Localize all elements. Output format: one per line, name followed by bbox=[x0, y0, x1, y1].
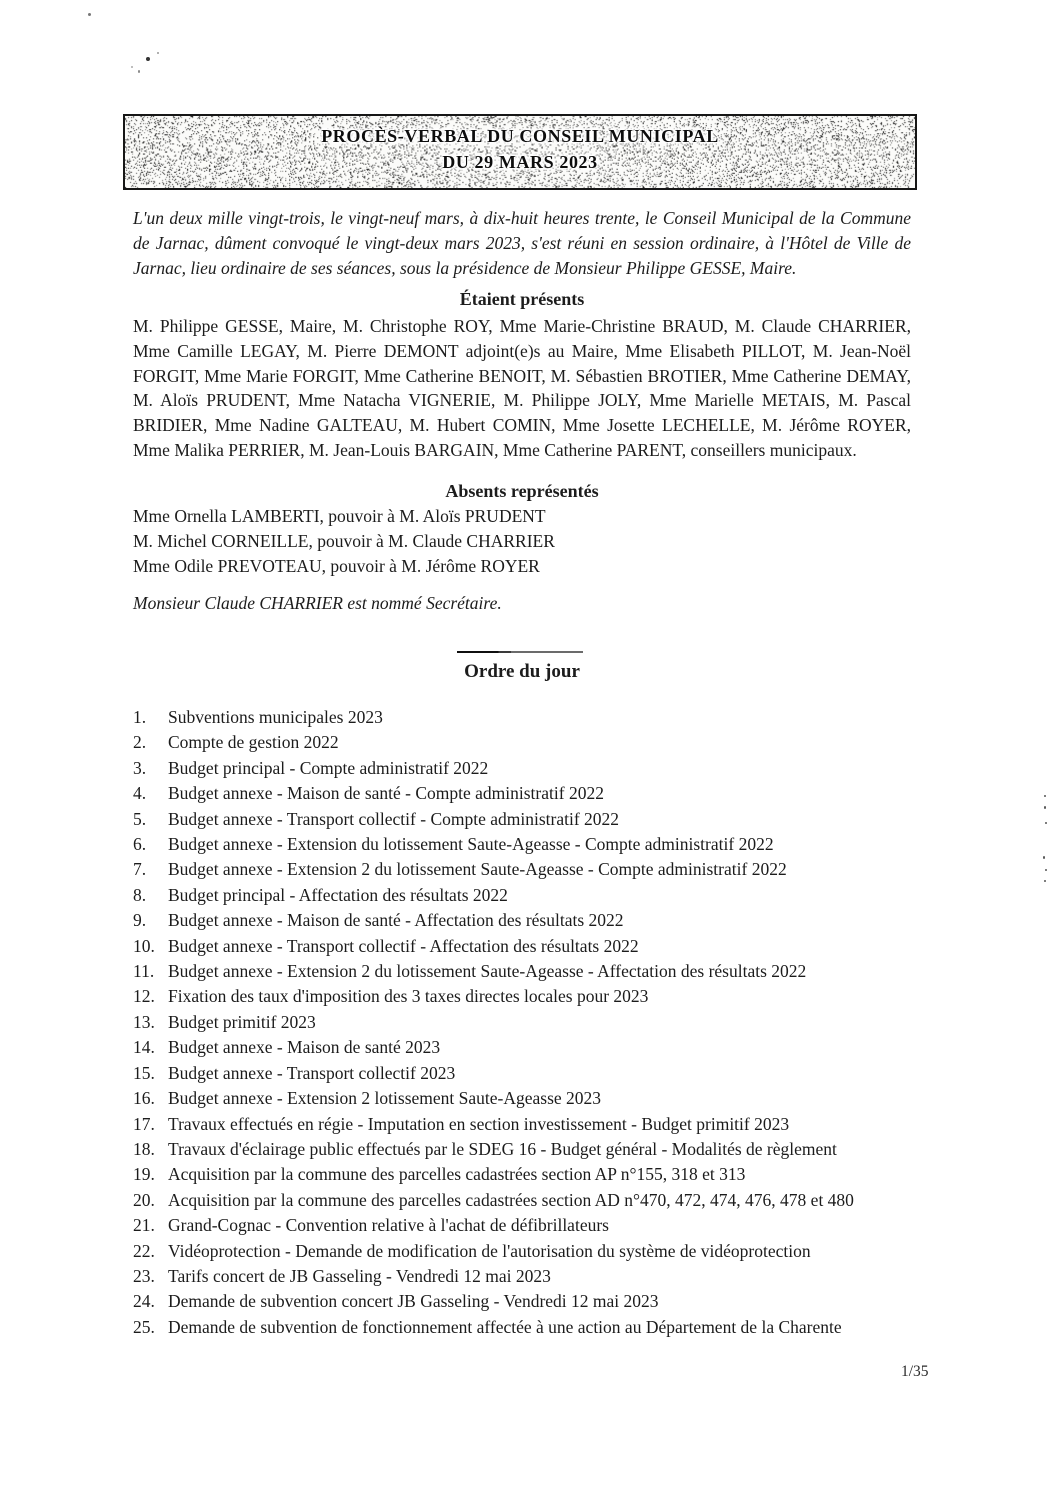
agenda-item: 6. Budget annexe - Extension du lotissem… bbox=[133, 832, 915, 857]
scan-speckle bbox=[157, 52, 159, 54]
agenda-item-number: 25. bbox=[133, 1315, 168, 1340]
agenda-item: 14. Budget annexe - Maison de santé 2023 bbox=[133, 1035, 915, 1060]
agenda-item-text: Grand-Cognac - Convention relative à l'a… bbox=[168, 1213, 915, 1238]
agenda-item-text: Travaux effectués en régie - Imputation … bbox=[168, 1112, 915, 1137]
secretary-line: Monsieur Claude CHARRIER est nommé Secré… bbox=[133, 593, 911, 614]
agenda-item: 10. Budget annexe - Transport collectif … bbox=[133, 934, 915, 959]
scan-speckle bbox=[1044, 880, 1046, 882]
scanned-document-page: PROCÈS-VERBAL DU CONSEIL MUNICIPAL DU 29… bbox=[0, 0, 1058, 1497]
agenda-item: 20. Acquisition par la commune des parce… bbox=[133, 1188, 915, 1213]
agenda-item-number: 3. bbox=[133, 756, 168, 781]
agenda-item: 13. Budget primitif 2023 bbox=[133, 1010, 915, 1035]
agenda-item-number: 18. bbox=[133, 1137, 168, 1162]
agenda-item-text: Budget annexe - Extension 2 du lotisseme… bbox=[168, 959, 915, 984]
absent-line: M. Michel CORNEILLE, pouvoir à M. Claude… bbox=[133, 529, 911, 554]
agenda-item: 17. Travaux effectués en régie - Imputat… bbox=[133, 1112, 915, 1137]
agenda-item-number: 6. bbox=[133, 832, 168, 857]
scan-speckle bbox=[1045, 822, 1047, 824]
agenda-item-number: 22. bbox=[133, 1239, 168, 1264]
scan-speckle bbox=[138, 70, 140, 73]
session-intro-paragraph: L'un deux mille vingt-trois, le vingt-ne… bbox=[133, 206, 911, 281]
agenda-item: 8. Budget principal - Affectation des ré… bbox=[133, 883, 915, 908]
agenda-item-text: Tarifs concert de JB Gasseling - Vendred… bbox=[168, 1264, 915, 1289]
agenda-item-number: 19. bbox=[133, 1162, 168, 1187]
document-title-banner: PROCÈS-VERBAL DU CONSEIL MUNICIPAL DU 29… bbox=[123, 114, 917, 190]
present-members-paragraph: M. Philippe GESSE, Maire, M. Christophe … bbox=[133, 314, 911, 463]
agenda-item: 9. Budget annexe - Maison de santé - Aff… bbox=[133, 908, 915, 933]
agenda-item-text: Budget annexe - Extension 2 lotissement … bbox=[168, 1086, 915, 1111]
agenda-item: 1. Subventions municipales 2023 bbox=[133, 705, 915, 730]
agenda-item: 7. Budget annexe - Extension 2 du lotiss… bbox=[133, 857, 915, 882]
agenda-item: 21. Grand-Cognac - Convention relative à… bbox=[133, 1213, 915, 1238]
absents-list: Mme Ornella LAMBERTI, pouvoir à M. Aloïs… bbox=[133, 504, 911, 580]
agenda-item-number: 2. bbox=[133, 730, 168, 755]
agenda-item-number: 10. bbox=[133, 934, 168, 959]
agenda-item-text: Budget annexe - Maison de santé - Affect… bbox=[168, 908, 915, 933]
scan-speckle bbox=[1045, 869, 1047, 871]
agenda-item: 16. Budget annexe - Extension 2 lotissem… bbox=[133, 1086, 915, 1111]
agenda-item-text: Demande de subvention de fonctionnement … bbox=[168, 1315, 915, 1340]
agenda-item-text: Budget annexe - Transport collectif 2023 bbox=[168, 1061, 915, 1086]
agenda-item: 2. Compte de gestion 2022 bbox=[133, 730, 915, 755]
agenda-list: 1. Subventions municipales 2023 2. Compt… bbox=[133, 705, 915, 1340]
agenda-item-number: 9. bbox=[133, 908, 168, 933]
document-title: PROCÈS-VERBAL DU CONSEIL MUNICIPAL DU 29… bbox=[125, 123, 915, 175]
agenda-item: 23. Tarifs concert de JB Gasseling - Ven… bbox=[133, 1264, 915, 1289]
agenda-item-number: 14. bbox=[133, 1035, 168, 1060]
scan-speckle bbox=[146, 57, 150, 61]
agenda-item: 24. Demande de subvention concert JB Gas… bbox=[133, 1289, 915, 1314]
document-title-line1: PROCÈS-VERBAL DU CONSEIL MUNICIPAL bbox=[125, 123, 915, 149]
agenda-item-text: Budget principal - Compte administratif … bbox=[168, 756, 915, 781]
scan-speckle bbox=[88, 13, 91, 16]
scan-speckle bbox=[1043, 856, 1045, 859]
agenda-item-text: Budget principal - Affectation des résul… bbox=[168, 883, 915, 908]
agenda-item-text: Vidéoprotection - Demande de modificatio… bbox=[168, 1239, 915, 1264]
agenda-item-number: 11. bbox=[133, 959, 168, 984]
agenda-item-text: Acquisition par la commune des parcelles… bbox=[168, 1188, 915, 1213]
agenda-item-text: Subventions municipales 2023 bbox=[168, 705, 915, 730]
agenda-item-text: Demande de subvention concert JB Gasseli… bbox=[168, 1289, 915, 1314]
agenda-item-text: Budget annexe - Transport collectif - Af… bbox=[168, 934, 915, 959]
agenda-item-number: 21. bbox=[133, 1213, 168, 1238]
scan-speckle bbox=[131, 66, 133, 68]
agenda-item-text: Fixation des taux d'imposition des 3 tax… bbox=[168, 984, 915, 1009]
agenda-item-text: Acquisition par la commune des parcelles… bbox=[168, 1162, 915, 1187]
agenda-item: 25. Demande de subvention de fonctionnem… bbox=[133, 1315, 915, 1340]
absent-line: Mme Odile PREVOTEAU, pouvoir à M. Jérôme… bbox=[133, 554, 911, 579]
agenda-item-text: Budget annexe - Maison de santé - Compte… bbox=[168, 781, 915, 806]
agenda-item-number: 7. bbox=[133, 857, 168, 882]
scan-speckle bbox=[1044, 795, 1046, 797]
agenda-item-text: Compte de gestion 2022 bbox=[168, 730, 915, 755]
agenda-item-number: 23. bbox=[133, 1264, 168, 1289]
agenda-item-number: 13. bbox=[133, 1010, 168, 1035]
agenda-item-number: 15. bbox=[133, 1061, 168, 1086]
agenda-item: 18. Travaux d'éclairage public effectués… bbox=[133, 1137, 915, 1162]
absent-line: Mme Ornella LAMBERTI, pouvoir à M. Aloïs… bbox=[133, 504, 911, 529]
agenda-item: 19. Acquisition par la commune des parce… bbox=[133, 1162, 915, 1187]
agenda-item-text: Budget annexe - Extension du lotissement… bbox=[168, 832, 915, 857]
agenda-item: 12. Fixation des taux d'imposition des 3… bbox=[133, 984, 915, 1009]
agenda-item: 15. Budget annexe - Transport collectif … bbox=[133, 1061, 915, 1086]
agenda-item-number: 5. bbox=[133, 807, 168, 832]
agenda-item: 22. Vidéoprotection - Demande de modific… bbox=[133, 1239, 915, 1264]
agenda-item-text: Travaux d'éclairage public effectués par… bbox=[168, 1137, 915, 1162]
present-heading: Étaient présents bbox=[133, 289, 911, 310]
agenda-item: 11. Budget annexe - Extension 2 du lotis… bbox=[133, 959, 915, 984]
agenda-item-number: 1. bbox=[133, 705, 168, 730]
agenda-item-number: 16. bbox=[133, 1086, 168, 1111]
agenda-item-number: 12. bbox=[133, 984, 168, 1009]
agenda-item: 5. Budget annexe - Transport collectif -… bbox=[133, 807, 915, 832]
agenda-item-number: 20. bbox=[133, 1188, 168, 1213]
agenda-item: 4. Budget annexe - Maison de santé - Com… bbox=[133, 781, 915, 806]
document-title-line2: DU 29 MARS 2023 bbox=[125, 149, 915, 175]
agenda-item-number: 8. bbox=[133, 883, 168, 908]
scan-speckle bbox=[1044, 806, 1046, 809]
agenda-item-text: Budget annexe - Transport collectif - Co… bbox=[168, 807, 915, 832]
agenda-heading: Ordre du jour bbox=[133, 661, 911, 683]
agenda-item-number: 17. bbox=[133, 1112, 168, 1137]
agenda-item-number: 24. bbox=[133, 1289, 168, 1314]
agenda-item-text: Budget primitif 2023 bbox=[168, 1010, 915, 1035]
agenda-item-text: Budget annexe - Maison de santé 2023 bbox=[168, 1035, 915, 1060]
agenda-item-text: Budget annexe - Extension 2 du lotisseme… bbox=[168, 857, 915, 882]
page-number: 1/35 bbox=[901, 1363, 929, 1381]
section-divider bbox=[457, 651, 583, 653]
absents-heading: Absents représentés bbox=[133, 481, 911, 502]
agenda-item-number: 4. bbox=[133, 781, 168, 806]
agenda-item: 3. Budget principal - Compte administrat… bbox=[133, 756, 915, 781]
